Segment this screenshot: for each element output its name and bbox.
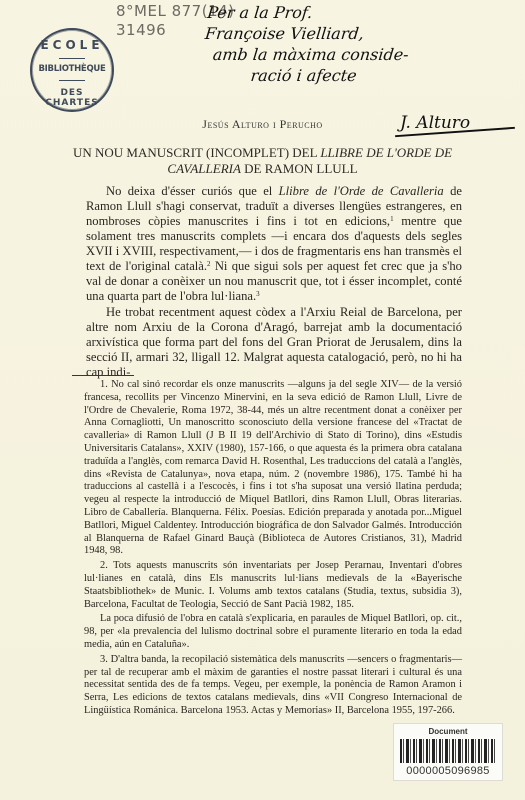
footnotes: 1. No cal sinó recordar els onze manuscr… xyxy=(84,379,462,718)
barcode-number: 0000005096985 xyxy=(394,765,502,777)
footnote-separator xyxy=(72,375,134,376)
stamp-rule-top xyxy=(59,58,85,59)
body-paragraph: No deixa d'ésser curiós que el Llibre de… xyxy=(86,184,462,304)
dedication-line-4: ració i afecte xyxy=(250,65,525,86)
dedication-line-1: Per a la Prof. xyxy=(206,2,525,23)
barcode-label: Document 0000005096985 xyxy=(393,723,503,781)
title-part-2: DE RAMON LLULL xyxy=(241,161,358,176)
italic-work-title: Llibre de l'Orde de Cavalleria xyxy=(279,184,444,198)
handwritten-dedication: Per a la Prof. Françoise Vielliard, amb … xyxy=(200,2,525,86)
article-title: UN NOU MANUSCRIT (INCOMPLET) DEL LLIBRE … xyxy=(70,145,455,177)
body-paragraph: He trobat recentment aquest còdex a l'Ar… xyxy=(86,305,462,380)
stamp-rule-bottom xyxy=(59,80,85,81)
article-author: Jesús Alturo i Perucho xyxy=(0,117,525,132)
text-run: No deixa d'ésser curiós que el xyxy=(106,184,279,198)
footnote-2: 2. Tots aquests manuscrits són inventari… xyxy=(84,560,462,611)
barcode-title: Document xyxy=(394,727,502,736)
scanned-page: 8°MEL 877(14) 31496 Per a la Prof. Franç… xyxy=(0,0,525,800)
footnote-1: 1. No cal sinó recordar els onze manuscr… xyxy=(84,379,462,558)
barcode-bars-icon xyxy=(400,739,496,763)
article-body: No deixa d'ésser curiós que el Llibre de… xyxy=(86,184,462,380)
dedication-line-3: amb la màxima conside- xyxy=(212,44,525,65)
footnote-3: 3. D'altra banda, la recopilació sistemà… xyxy=(84,654,462,718)
footnote-ref-3[interactable]: 3 xyxy=(256,290,260,298)
dedication-line-2: Françoise Vielliard, xyxy=(204,23,525,44)
library-stamp: ECOLE BIBLIOTHÈQUE DES CHARTES xyxy=(30,28,114,112)
stamp-bottom-text: DES CHARTES xyxy=(32,88,112,108)
stamp-middle-text: BIBLIOTHÈQUE xyxy=(32,64,112,74)
title-part-1: UN NOU MANUSCRIT (INCOMPLET) DEL xyxy=(73,145,320,160)
stamp-top-text: ECOLE xyxy=(32,38,112,52)
footnote-2-continued: La poca difusió de l'obra en català s'ex… xyxy=(84,613,462,651)
